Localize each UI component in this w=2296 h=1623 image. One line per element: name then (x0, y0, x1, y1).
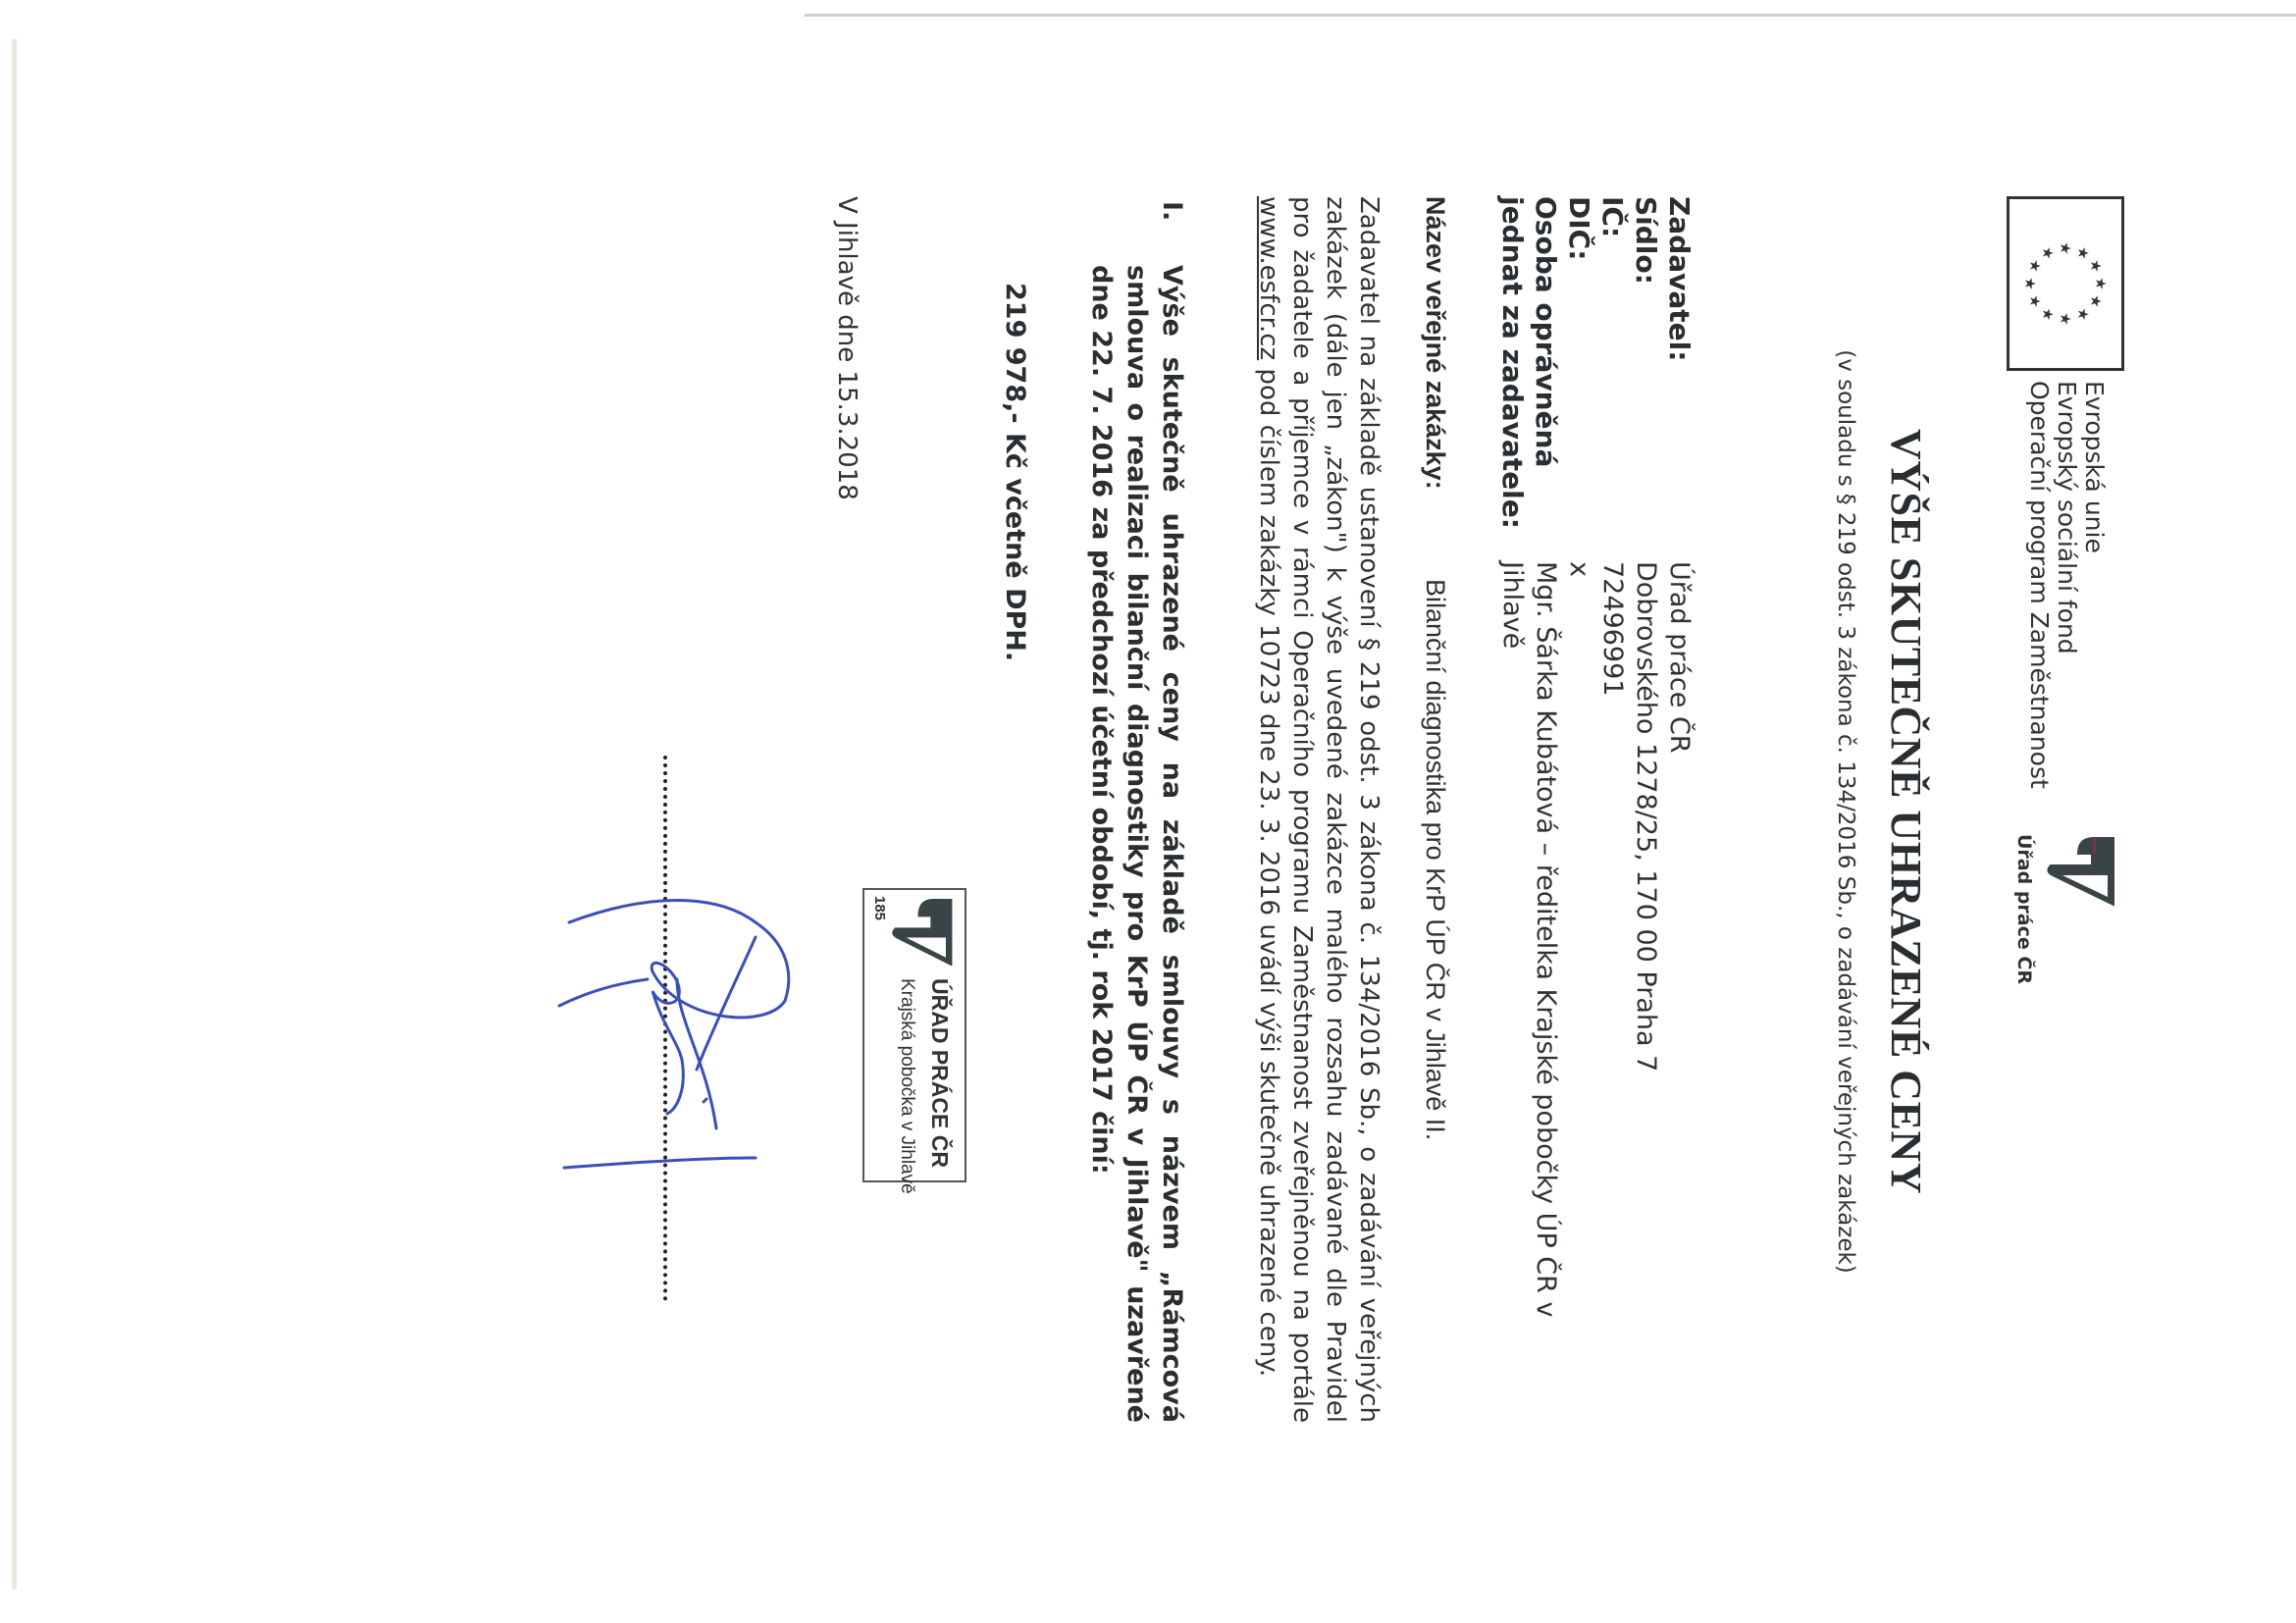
field-value-authorized-person-2: Jihlavě (1495, 561, 1529, 649)
urad-prace-label: Úřad práce ČR (2013, 834, 2035, 984)
eu-line: Operační program Zaměstnanost (2025, 381, 2053, 789)
office-stamp: ÚŘAD PRÁCE ČR Krajská pobočka v Jihlavě … (862, 888, 966, 1182)
paragraph-line-rest: pod číslem zakázky 10723 dne 23. 3. 2016… (1254, 360, 1283, 1377)
svg-text:★: ★ (2074, 307, 2092, 320)
field-value-ic: 72496991 (1595, 561, 1629, 696)
contract-name-label: Název veřejné zakázky: (1420, 196, 1450, 490)
document-subtitle: (v souladu s § 219 odst. 3 zákona č. 134… (1833, 0, 1858, 1623)
svg-text:★: ★ (2087, 294, 2105, 307)
svg-text:★: ★ (2074, 246, 2092, 259)
svg-text:★: ★ (2039, 246, 2057, 259)
urad-prace-logo-icon (886, 896, 957, 969)
svg-text:★: ★ (2026, 259, 2044, 272)
field-value-sidlo: Dobrovského 1278/25, 170 00 Praha 7 (1629, 561, 1662, 1072)
field-label-authorized-person: Osoba oprávněná (1529, 196, 1562, 467)
scanned-document-page: ★★★★★★★★★★★★ Evropská unie Evropský soci… (0, 0, 2296, 1623)
svg-text:★: ★ (2021, 277, 2039, 289)
paragraph-line: pro žadatele a příjemce v rámci Operační… (1285, 196, 1319, 1423)
statement-paragraph: Zadavatel na základě ustanovení § 219 od… (1252, 196, 1385, 1423)
price-amount: 219 978,- Kč včetně DPH. (1000, 283, 1030, 661)
field-value-zadavatel: Úřad práce ČR (1662, 561, 1696, 754)
paragraph-line: Zadavatel na základě ustanovení § 219 od… (1352, 196, 1385, 1423)
svg-text:★: ★ (2092, 277, 2110, 289)
svg-text:★: ★ (2057, 312, 2074, 325)
handwritten-signature-icon (540, 864, 824, 1187)
svg-text:★: ★ (2026, 294, 2044, 307)
field-label-ic: IČ: (1595, 196, 1629, 237)
esfcr-link[interactable]: www.esfcr.cz (1254, 196, 1283, 360)
field-value-dic: x (1562, 561, 1595, 577)
eu-program-text: Evropská unie Evropský sociální fond Ope… (2025, 381, 2108, 789)
section-line: smlouva o realizaci bilanční diagnostiky… (1119, 265, 1154, 1423)
field-label-zadavatel: Zadavatel: (1662, 196, 1696, 361)
document-title: VÝŠE SKUTEČNĚ UHRAZENÉ CENY (1881, 0, 1931, 1623)
svg-text:★: ★ (2087, 259, 2105, 272)
field-label-sidlo: Sídlo: (1629, 196, 1662, 285)
section-number: I. (1157, 201, 1187, 221)
svg-text:★: ★ (2039, 307, 2057, 320)
stamp-title: ÚŘAD PRÁCE ČR (926, 978, 953, 1168)
paragraph-line: www.esfcr.cz pod číslem zakázky 10723 dn… (1252, 196, 1285, 1423)
field-label-dic: DIČ: (1562, 196, 1595, 260)
stamp-subtitle: Krajská pobočka v Jihlavě (896, 978, 917, 1194)
contract-name-value: Bilanční diagnostika pro KrP ÚP ČR v Jih… (1420, 579, 1450, 1140)
section-line: Výše skutečně uhrazené ceny na základě s… (1154, 265, 1189, 1423)
stamp-number: 185 (871, 896, 888, 920)
eu-line: Evropský sociální fond (2053, 381, 2080, 789)
svg-text:★: ★ (2057, 241, 2074, 254)
eu-flag-icon: ★★★★★★★★★★★★ (2007, 196, 2124, 371)
paragraph-line: zakázek (dále jen „zákon") k výše uveden… (1319, 196, 1352, 1423)
section-line: dne 22. 7. 2016 za předchozí účetní obdo… (1083, 265, 1119, 1423)
eu-line: Evropská unie (2080, 381, 2108, 789)
field-value-authorized-person: Mgr. Šárka Kubátová – ředitelka Krajské … (1529, 561, 1562, 1317)
place-and-date: V Jihlavě dne 15.3.2018 (832, 196, 861, 500)
field-label-authorized-person-2: jednat za zadavatele: (1495, 196, 1529, 529)
section-text: Výše skutečně uhrazené ceny na základě s… (1083, 265, 1189, 1423)
